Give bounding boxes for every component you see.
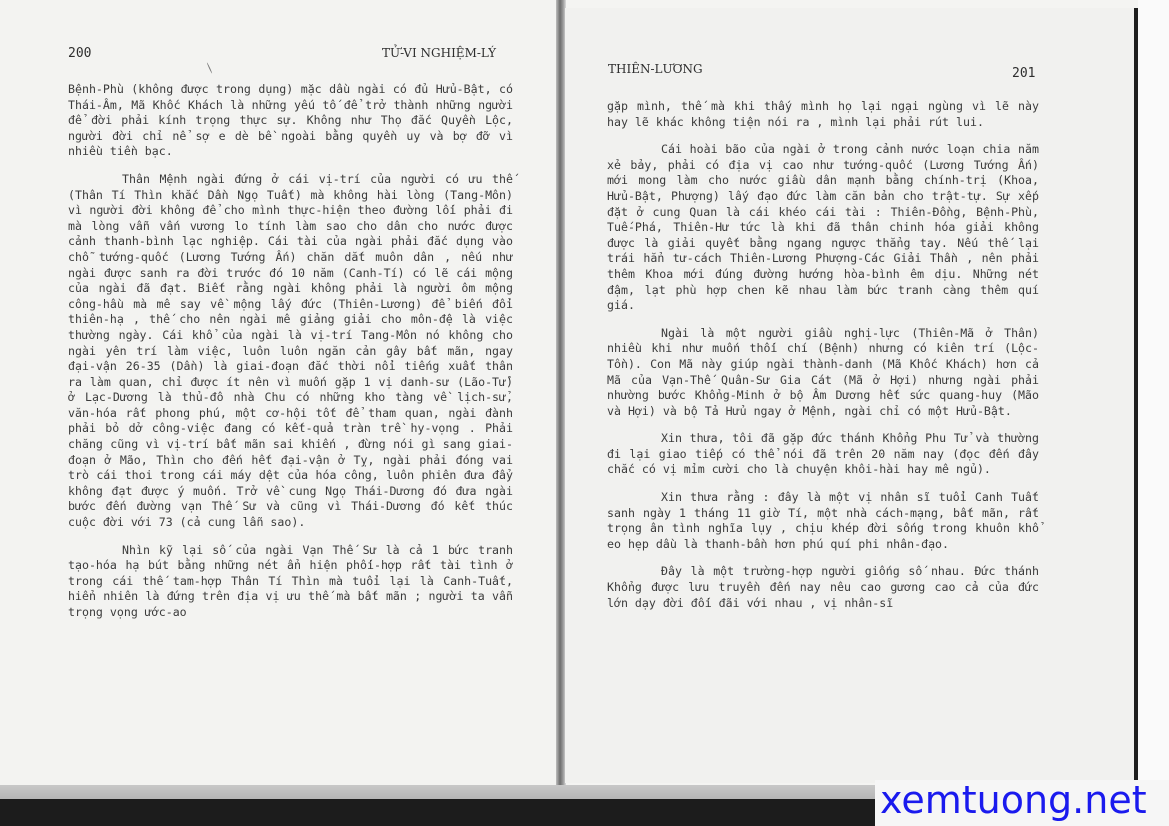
running-head-right: THIÊN-LƯƠNG xyxy=(608,62,703,76)
paragraph: gặp mình, thế mà khi thấy mình họ lại ng… xyxy=(607,99,1039,130)
watermark-link[interactable]: xemtuong.net xyxy=(880,778,1147,822)
paragraph: Xin thưa rằng : đây là một vị nhân sĩ tu… xyxy=(607,490,1039,552)
scan-background xyxy=(1138,0,1169,826)
page-number-right: 201 xyxy=(1012,66,1035,81)
scan-mark xyxy=(207,62,213,73)
paragraph: Cái hoài bão của ngài ở trong cảnh nước … xyxy=(607,142,1039,314)
page-number-left: 200 xyxy=(68,46,91,61)
running-head-left: TỬ-VI NGHIỆM-LÝ xyxy=(382,46,496,60)
left-page: 200 TỬ-VI NGHIỆM-LÝ Bệnh-Phù (không được… xyxy=(0,0,560,790)
right-page: THIÊN-LƯƠNG 201 gặp mình, thế mà khi thấ… xyxy=(565,8,1137,783)
paragraph: Nhìn kỹ lại số của ngài Vạn Thế Sư là cả… xyxy=(68,543,513,621)
right-page-body: gặp mình, thế mà khi thấy mình họ lại ng… xyxy=(607,99,1039,623)
left-page-body: Bệnh-Phù (không được trong dụng) mặc dầu… xyxy=(68,82,513,633)
paragraph: Ngài là một người giầu nghị-lực (Thiên-M… xyxy=(607,326,1039,420)
paragraph: Xin thưa, tôi đã gặp đức thánh Khổng Phu… xyxy=(607,431,1039,478)
paragraph: Đây là một trường-hợp người giống số nha… xyxy=(607,564,1039,611)
paragraph: Thân Mệnh ngài đứng ở cái vị-trí của ngư… xyxy=(68,172,513,531)
paragraph: Bệnh-Phù (không được trong dụng) mặc dầu… xyxy=(68,82,513,160)
